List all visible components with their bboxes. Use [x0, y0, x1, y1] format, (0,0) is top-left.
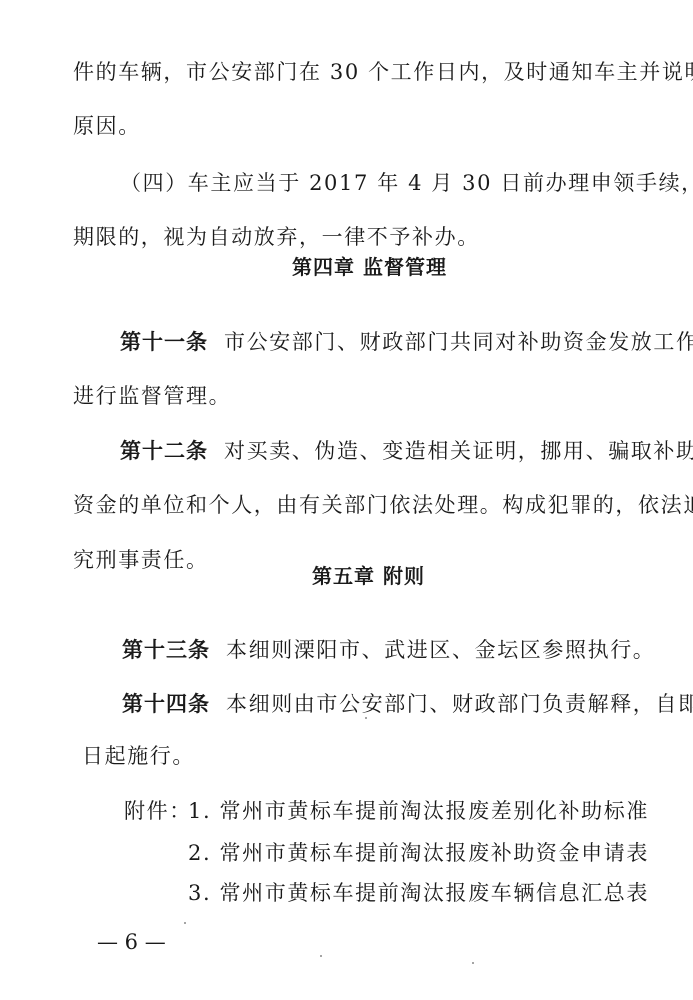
paragraph-line: 进行监督管理。: [73, 381, 231, 411]
article-text: 本细则由市公安部门、财政部门负责解释，自即: [226, 692, 693, 716]
chapter-heading: 第五章 附则: [312, 561, 425, 591]
attachment-number: 1.: [188, 799, 211, 823]
article-14: 第十四条本细则由市公安部门、财政部门负责解释，自即: [122, 689, 693, 719]
attachment-item-2: 2. 常州市黄标车提前淘汰报废补助资金申请表: [188, 838, 649, 868]
paragraph-line: 期限的，视为自动放弃，一律不予补办。: [73, 222, 480, 252]
paragraph-line: 原因。: [73, 111, 141, 141]
article-text: 对买卖、伪造、变造相关证明，挪用、骗取补助: [224, 439, 693, 463]
attachments-label: 附件：: [124, 796, 192, 826]
article-label: 第十四条: [122, 692, 210, 716]
attachment-item-3: 3. 常州市黄标车提前淘汰报废车辆信息汇总表: [188, 878, 649, 908]
attachment-item-1: 1. 常州市黄标车提前淘汰报废差别化补助标准: [188, 796, 649, 826]
paragraph-line: （四）车主应当于 2017 年 4 月 30 日前办理申领手续，超过: [120, 168, 693, 198]
paragraph-line: 日起施行。: [82, 741, 195, 771]
scan-speck: [365, 717, 367, 719]
attachment-title: 常州市黄标车提前淘汰报废补助资金申请表: [220, 841, 649, 865]
paragraph-line: 件的车辆，市公安部门在 30 个工作日内，及时通知车主并说明: [73, 57, 693, 87]
paragraph-line: 究刑事责任。: [73, 545, 209, 575]
article-11: 第十一条市公安部门、财政部门共同对补助资金发放工作: [120, 327, 693, 357]
article-label: 第十二条: [120, 439, 208, 463]
attachment-number: 3.: [188, 881, 211, 905]
article-13: 第十三条本细则溧阳市、武进区、金坛区参照执行。: [122, 635, 655, 665]
article-label: 第十一条: [120, 330, 208, 354]
article-label: 第十三条: [122, 638, 210, 662]
scan-speck: [472, 962, 474, 964]
attachment-title: 常州市黄标车提前淘汰报废车辆信息汇总表: [220, 881, 649, 905]
article-text: 市公安部门、财政部门共同对补助资金发放工作: [224, 330, 693, 354]
document-page: 件的车辆，市公安部门在 30 个工作日内，及时通知车主并说明 原因。 （四）车主…: [0, 0, 693, 1000]
page-number: — 6 —: [97, 927, 166, 957]
attachment-title: 常州市黄标车提前淘汰报废差别化补助标准: [220, 799, 649, 823]
attachment-number: 2.: [188, 841, 211, 865]
article-12: 第十二条对买卖、伪造、变造相关证明，挪用、骗取补助: [120, 436, 693, 466]
paragraph-line: 资金的单位和个人，由有关部门依法处理。构成犯罪的，依法追: [73, 490, 693, 520]
scan-speck: [184, 922, 186, 924]
scan-speck: [320, 955, 322, 957]
article-text: 本细则溧阳市、武进区、金坛区参照执行。: [226, 638, 655, 662]
chapter-heading: 第四章 监督管理: [292, 252, 447, 282]
